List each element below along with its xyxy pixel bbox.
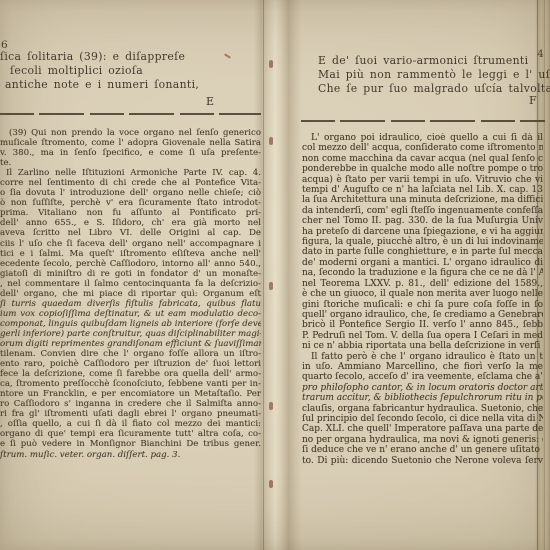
body-text-line: acqua) è ſtato per varii tempi in uſo. V… xyxy=(302,175,543,185)
body-text-line: è che un giuoco, il quale non merita ave… xyxy=(302,289,543,299)
right-page: 4 E de' ſuoi vario-armonici ſtrumenti Ma… xyxy=(0,0,550,550)
body-text-line: P. Pedruſi nel Tom. V. della ſua opera I… xyxy=(302,331,543,341)
section-rule xyxy=(301,120,545,122)
body-text-line: bricò il Pontefice Sergio II. verſo l' a… xyxy=(302,320,543,330)
body-text-line: ponderebbe in qualche modo alle noſtre p… xyxy=(302,164,543,174)
body-text-line: da intenderſi, com' egli ſteſſo ingenuam… xyxy=(302,206,543,216)
verse-block: E de' ſuoi vario-armonici ſtrumenti Mai … xyxy=(318,54,550,96)
book-scan: 6 ſica ſolitaria (39): e diſappreſe ſeco… xyxy=(0,0,550,550)
body-text-line: cher nel Tomo II. pag. 330. de la ſua Mu… xyxy=(302,216,543,226)
body-text-line: figura, la quale, piucchè altro, è un di… xyxy=(302,237,543,247)
body-text-line: non come macchina da cavar acqua (nel qu… xyxy=(302,154,543,164)
body-text-line: ni ce n' abbia riportata una bella deſcr… xyxy=(302,341,543,351)
body-text-line: Il fatto però è che l' organo idraulico … xyxy=(302,352,543,362)
body-text-line-latin: trarum accitur, & bibliothecis ſepulchro… xyxy=(302,393,543,403)
verse-line: E de' ſuoi vario-armonici ſtrumenti xyxy=(318,54,550,68)
body-text-column: L' organo poi idraulico, cioè quello a c… xyxy=(302,133,543,466)
body-text-line: ſi deduce che ve n' erano anche d' un ge… xyxy=(302,445,543,455)
body-text-line: ſul principio del ſecondo ſecolo, ci dic… xyxy=(302,414,543,424)
body-text-line: quarto ſecolo, acceſo d' ira veemente, e… xyxy=(302,372,543,382)
body-text-line: dato in parte ſulle conghietture, e in p… xyxy=(302,247,543,257)
body-text-line: to. Di più: dicendo Suetonio che Nerone … xyxy=(302,456,543,466)
body-text-line: L' organo poi idraulico, cioè quello a c… xyxy=(302,133,543,143)
body-text-line: tempi d' Auguſto ce n' ha laſciata nel L… xyxy=(302,185,543,195)
body-text-line: de' moderni organi a mantici. L' organo … xyxy=(302,258,543,268)
body-text-line: in uſo. Ammiano Marcellino, che fiorì ve… xyxy=(302,362,543,372)
body-text-line: nel Teorema LXXV. p. 81., dell' edizione… xyxy=(302,279,543,289)
body-text-line: col mezzo dell' acqua, conſiderato come … xyxy=(302,143,543,153)
body-text-line: quell' organo idraulico, che, ſe crediam… xyxy=(302,310,543,320)
body-text-line: Cap. XLI. che quell' Imperatore paſſava … xyxy=(302,424,543,434)
body-text-line: clauſis, organa fabricantur hydraulica. … xyxy=(302,404,543,414)
catchword: F xyxy=(529,94,537,107)
body-text-line: la ſua Architettura una minuta deſcrizio… xyxy=(302,195,543,205)
body-text-line: na, ſecondo la traduzione e la figura ch… xyxy=(302,268,543,278)
verse-line: Che ſe pur ſuo malgrado uſcía talvolta xyxy=(318,82,550,96)
body-text-line: gini ſtoriche muſicali: e chi ſa pure co… xyxy=(302,300,543,310)
body-text-line: ha preteſo di darcene una ſpiegazione, e… xyxy=(302,227,543,237)
body-text-line-latin: pro philoſopho cantor, & in locum orator… xyxy=(302,383,543,393)
body-text-line: no per organa hydraulica, ma novi & igno… xyxy=(302,435,543,445)
verse-line: Mai più non rammentò le leggi e l' uſo. xyxy=(318,68,550,82)
